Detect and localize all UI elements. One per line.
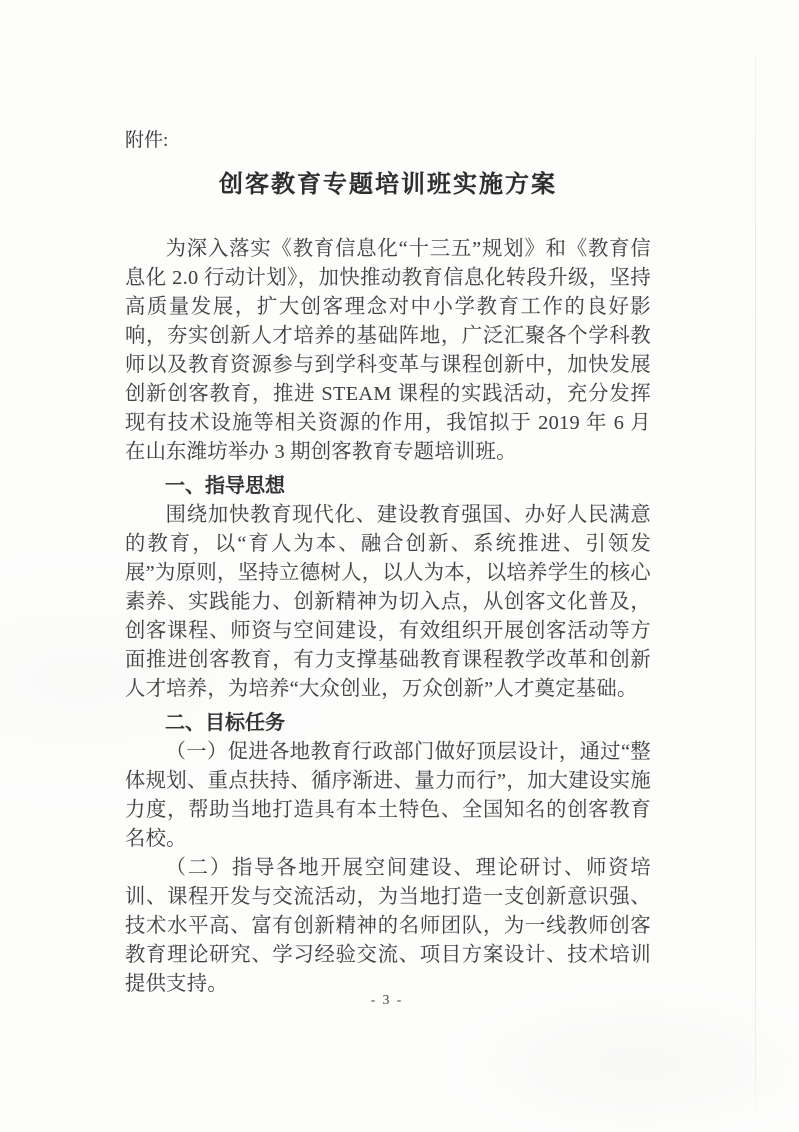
document-body: 为深入落实《教育信息化“十三五”规划》和《教育信息化 2.0 行动计划》，加快推… — [125, 235, 651, 999]
body-paragraph: 为深入落实《教育信息化“十三五”规划》和《教育信息化 2.0 行动计划》，加快推… — [125, 235, 651, 467]
scan-artifact-line — [755, 55, 756, 1110]
body-paragraph: 围绕加快教育现代化、建设教育强国、办好人民满意的教育，以“育人为本、融合创新、系… — [125, 501, 651, 704]
page-content: 附件: 创客教育专题培训班实施方案 为深入落实《教育信息化“十三五”规划》和《教… — [125, 128, 651, 999]
body-paragraph: （二）指导各地开展空间建设、理论研讨、师资培训、课程开发与交流活动，为当地打造一… — [125, 854, 651, 999]
scanned-document-page: 附件: 创客教育专题培训班实施方案 为深入落实《教育信息化“十三五”规划》和《教… — [0, 0, 799, 1132]
attachment-label: 附件: — [125, 128, 651, 154]
body-paragraph: （一）促进各地教育行政部门做好顶层设计，通过“整体规划、重点扶持、循序渐进、量力… — [125, 738, 651, 854]
page-number: - 3 - — [0, 992, 774, 1008]
document-title: 创客教育专题培训班实施方案 — [125, 164, 651, 199]
section-heading: 一、指导思想 — [125, 472, 651, 501]
section-heading: 二、目标任务 — [125, 709, 651, 738]
